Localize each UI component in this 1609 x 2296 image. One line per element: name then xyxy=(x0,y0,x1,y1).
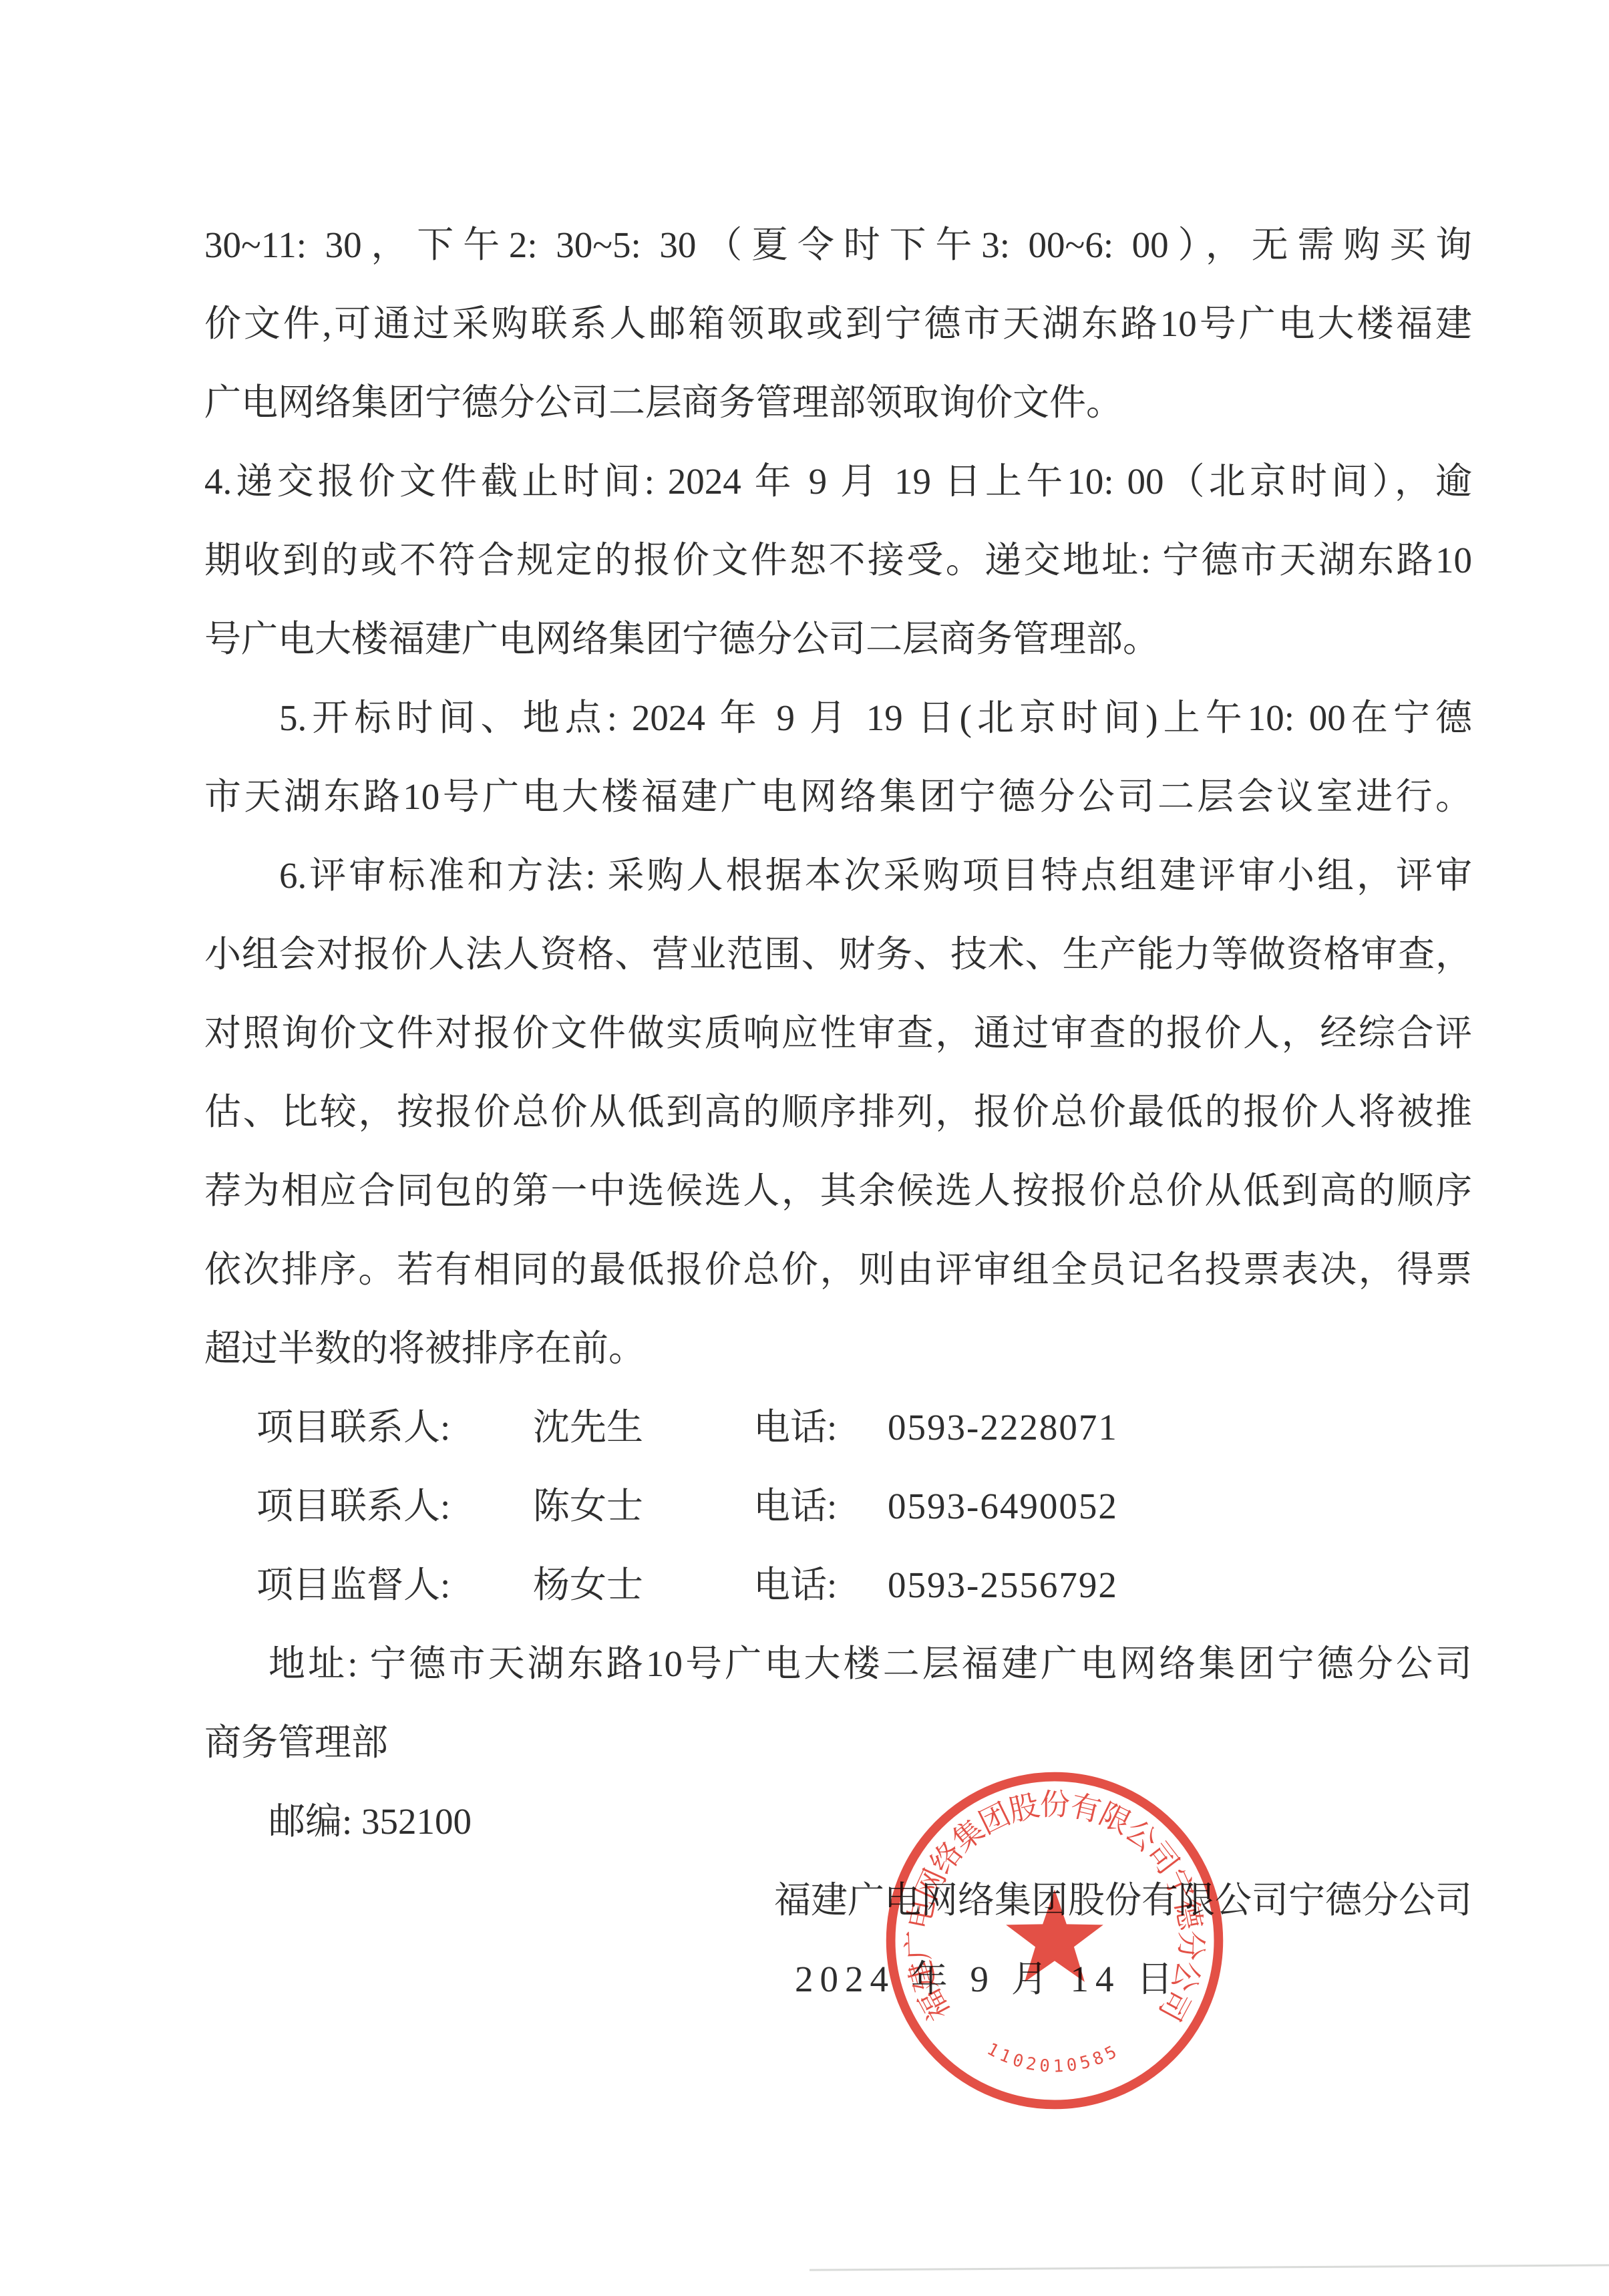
contact-row: 项目监督人: 杨女士 电话: 0593-2556792 xyxy=(204,1546,1472,1625)
text-line: 依次排序。若有相同的最低报价总价，则由评审组全员记名投票表决，得票 xyxy=(204,1231,1472,1309)
contact-name: 沈先生 xyxy=(533,1388,753,1467)
scan-artifact-line xyxy=(810,2264,1609,2271)
text-line: 市天湖东路10号广电大楼福建广电网络集团宁德分公司二层会议室进行。 xyxy=(204,758,1472,836)
text-line: 4.递交报价文件截止时间: 2024 年 9 月 19 日上午10: 00（北京… xyxy=(204,442,1472,521)
address-line: 地址: 宁德市天湖东路10号广电大楼二层福建广电网络集团宁德分公司 xyxy=(204,1625,1472,1703)
text-line: 5.开标时间、地点: 2024 年 9 月 19 日(北京时间)上午10: 00… xyxy=(204,679,1472,758)
text-line: 对照询价文件对报价文件做实质响应性审查，通过审查的报价人，经综合评 xyxy=(204,994,1472,1073)
phone-label: 电话: xyxy=(753,1467,888,1546)
signoff-date: 2024 年 9 月 14 日 xyxy=(204,1940,1472,2019)
text-line: 估、比较，按报价总价从低到高的顺序排列，报价总价最低的报价人将被推 xyxy=(204,1073,1472,1152)
contact-row: 项目联系人: 陈女士 电话: 0593-6490052 xyxy=(204,1467,1472,1546)
phone-label: 电话: xyxy=(753,1546,888,1625)
text-line: 广电网络集团宁德分公司二层商务管理部领取询价文件。 xyxy=(204,363,1472,442)
contact-label: 项目监督人: xyxy=(256,1546,533,1625)
signoff-company: 福建广电网络集团股份有限公司宁德分公司 xyxy=(204,1861,1472,1940)
text-line: 小组会对报价人法人资格、营业范围、财务、技术、生产能力等做资格审查， xyxy=(204,915,1472,994)
text-line: 荐为相应合同包的第一中选候选人，其余候选人按报价总价从低到高的顺序 xyxy=(204,1152,1472,1231)
phone-label: 电话: xyxy=(753,1388,888,1467)
contact-row: 项目联系人: 沈先生 电话: 0593-2228071 xyxy=(204,1388,1472,1467)
text-line: 30~11: 30，下午2: 30~5: 30（夏令时下午3: 00~6: 00… xyxy=(204,206,1472,285)
phone-number: 0593-2228071 xyxy=(888,1388,1118,1467)
seal-serial: 1102010585 xyxy=(984,2039,1123,2076)
text-line: 号广电大楼福建广电网络集团宁德分公司二层商务管理部。 xyxy=(204,600,1472,679)
contact-name: 陈女士 xyxy=(533,1467,753,1546)
document-page: 30~11: 30，下午2: 30~5: 30（夏令时下午3: 00~6: 00… xyxy=(0,0,1609,2296)
postal-code-line: 邮编: 352100 xyxy=(204,1782,1472,1861)
text-line: 超过半数的将被排序在前。 xyxy=(204,1309,1472,1388)
phone-number: 0593-6490052 xyxy=(888,1467,1118,1546)
star-icon xyxy=(1006,1889,1103,1981)
document-body: 30~11: 30，下午2: 30~5: 30（夏令时下午3: 00~6: 00… xyxy=(204,206,1472,2019)
text-line: 6.评审标准和方法: 采购人根据本次采购项目特点组建评审小组，评审 xyxy=(204,836,1472,915)
contact-label: 项目联系人: xyxy=(256,1388,533,1467)
text-line: 期收到的或不符合规定的报价文件恕不接受。递交地址: 宁德市天湖东路10 xyxy=(204,521,1472,600)
address-line: 商务管理部 xyxy=(204,1703,1472,1782)
contact-name: 杨女士 xyxy=(533,1546,753,1625)
contact-label: 项目联系人: xyxy=(256,1467,533,1546)
phone-number: 0593-2556792 xyxy=(888,1546,1118,1625)
text-line: 价文件,可通过采购联系人邮箱领取或到宁德市天湖东路10号广电大楼福建 xyxy=(204,285,1472,363)
company-seal-stamp: 福建广电网络集团股份有限公司宁德分公司 1102010585 xyxy=(878,1764,1232,2118)
